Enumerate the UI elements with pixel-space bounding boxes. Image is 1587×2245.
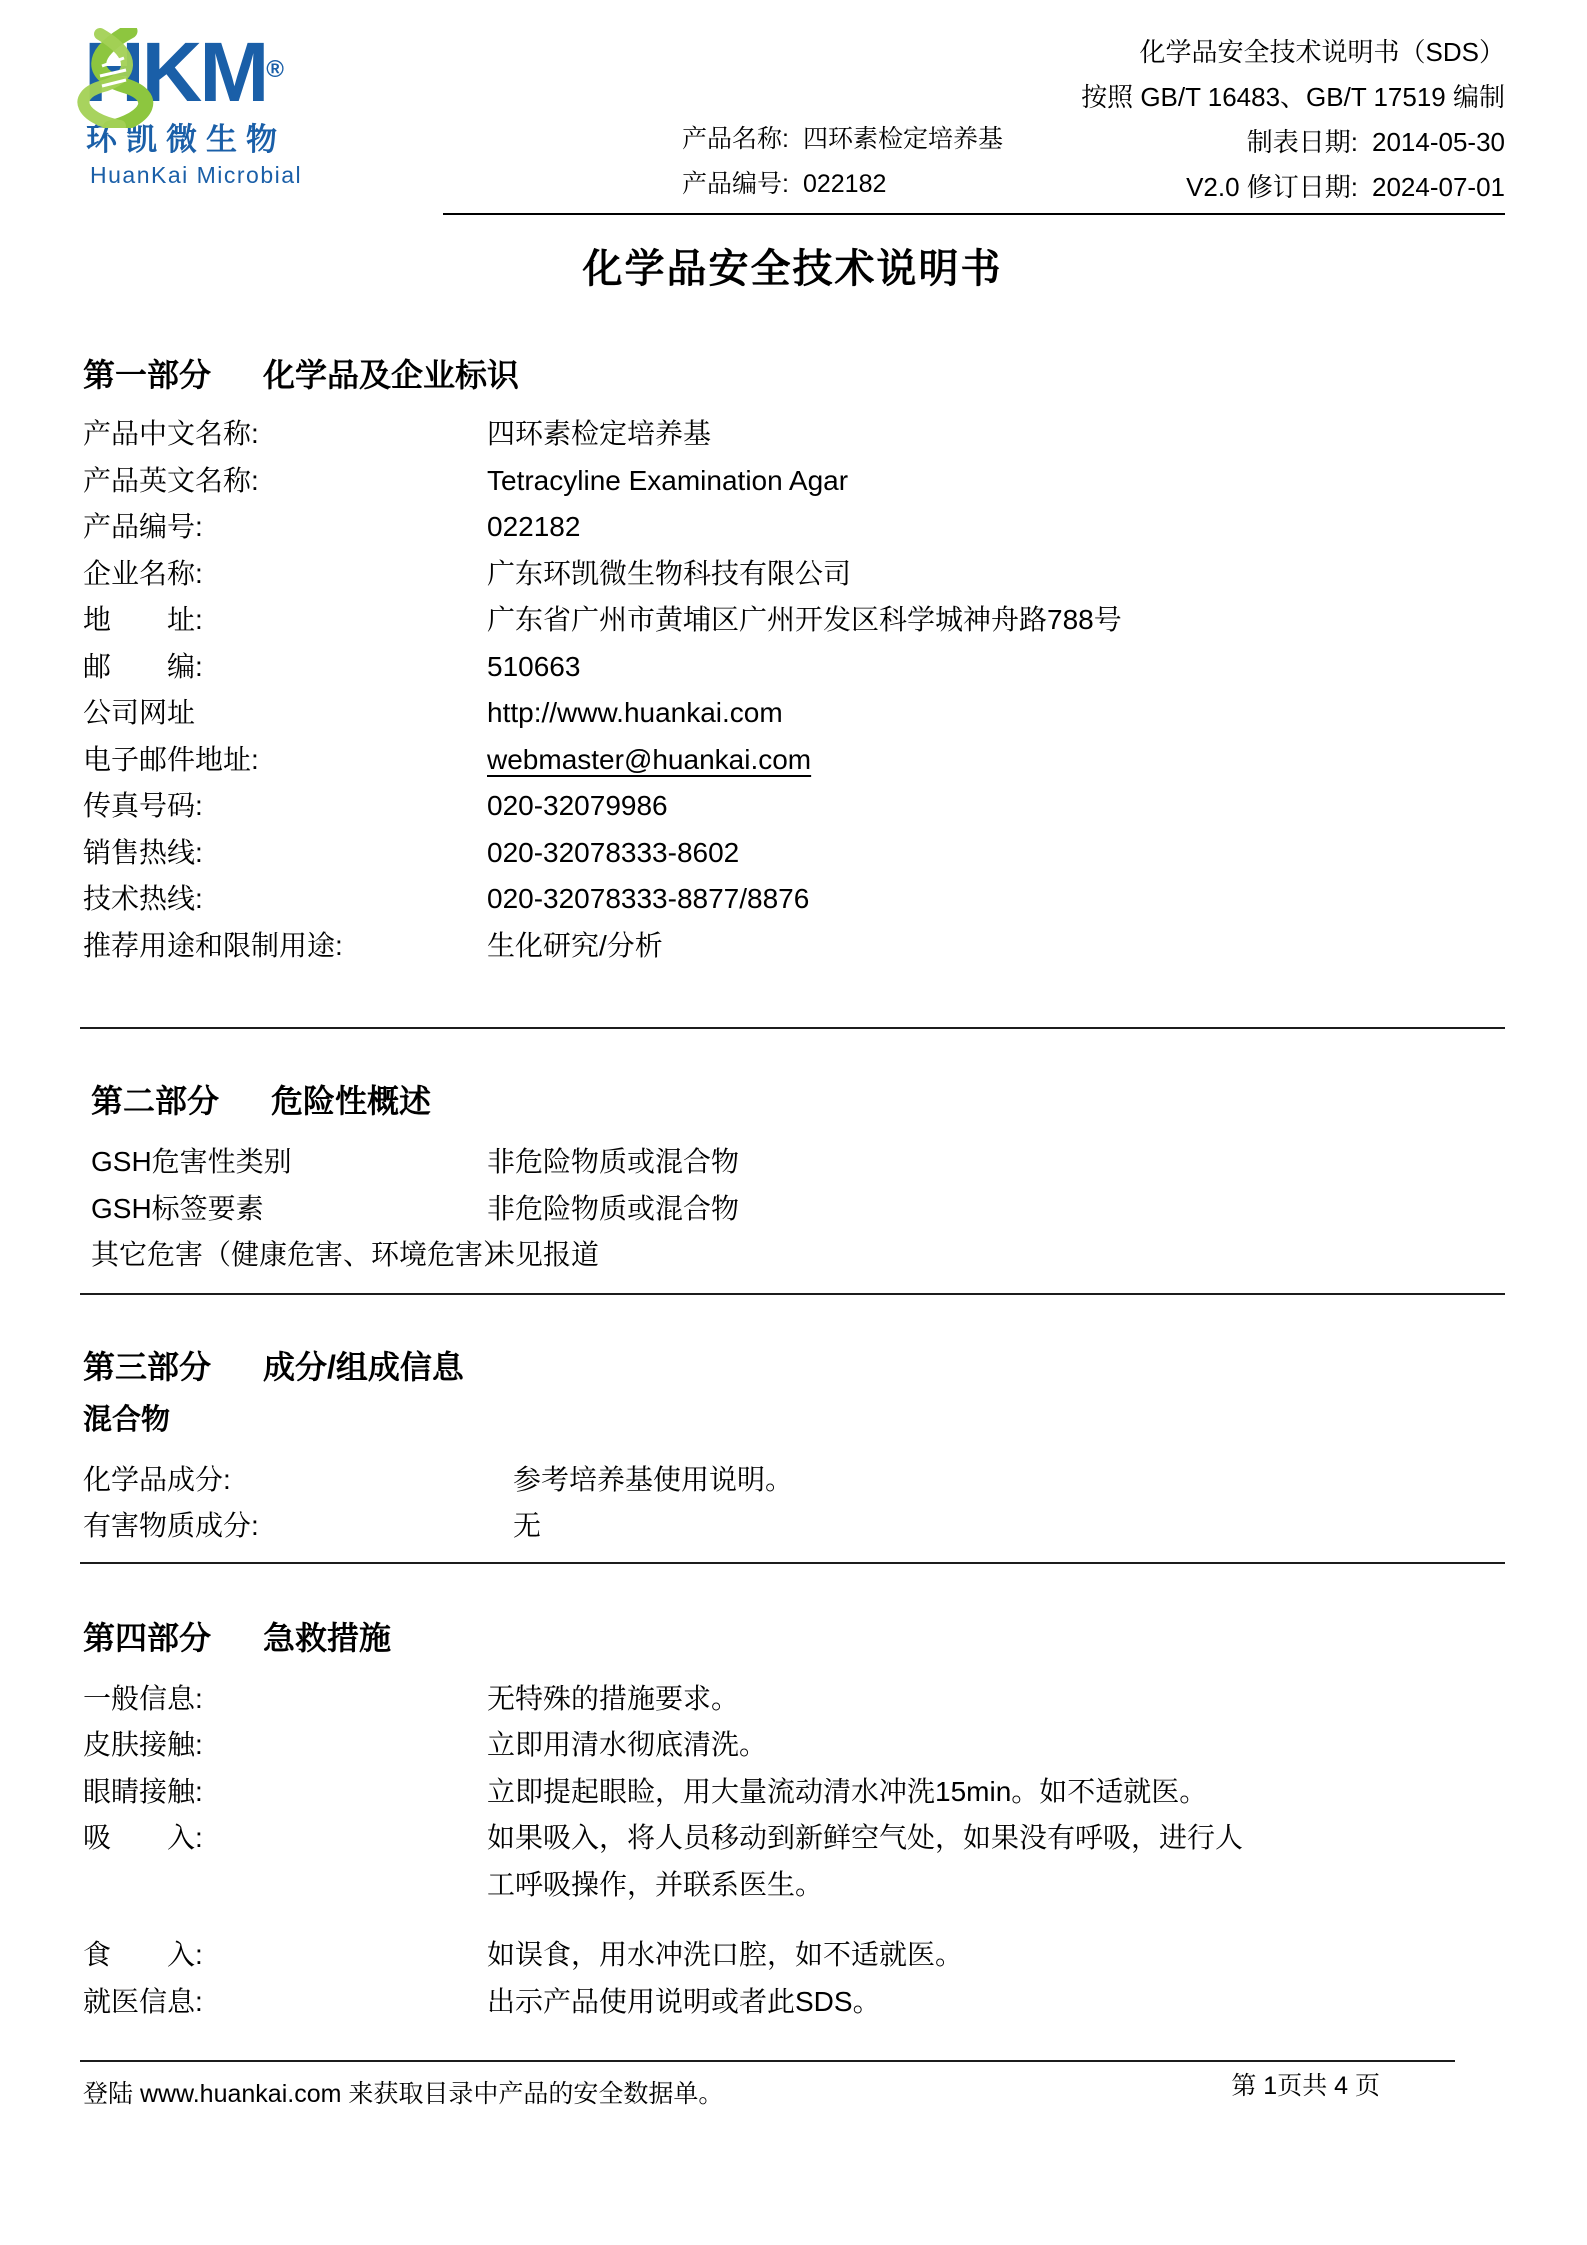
section3-number: 第三部分 xyxy=(83,1349,211,1385)
hkm-logo: HKM® 环凯微生物 HuanKai Microbial xyxy=(80,30,420,189)
section-identification: 第一部分化学品及企业标识 产品中文名称: 四环素检定培养基 产品英文名称: Te… xyxy=(80,353,1505,969)
field-label: 眼睛接触: xyxy=(80,1769,487,1816)
row-product-en-name: 产品英文名称: Tetracyline Examination Agar xyxy=(80,458,1505,505)
section2-rows: GSH危害性类别 非危险物质或混合物 GSH标签要素 非危险物质或混合物 其它危… xyxy=(80,1139,1505,1279)
created-date-line: 制表日期:2014-05-30 xyxy=(1081,120,1505,165)
inhalation-line1: 如果吸入，将人员移动到新鲜空气处，如果没有呼吸，进行人 xyxy=(487,1815,1505,1862)
field-label: GSH危害性类别 xyxy=(80,1139,487,1186)
section1-heading: 第一部分化学品及企业标识 xyxy=(80,353,1505,397)
row-address: 地 址: 广东省广州市黄埔区广州开发区科学城神舟路788号 xyxy=(80,597,1505,644)
field-label: GSH标签要素 xyxy=(80,1186,487,1233)
inhalation-line2: 工呼吸操作，并联系医生。 xyxy=(487,1862,1505,1909)
field-label: 销售热线: xyxy=(80,830,487,877)
section-composition: 第三部分成分/组成信息 混合物 化学品成分: 参考培养基使用说明。 有害物质成分… xyxy=(80,1345,1505,1550)
standard-line: 按照 GB/T 16483、GB/T 17519 编制 xyxy=(1081,75,1505,120)
row-website: 公司网址 http://www.huankai.com xyxy=(80,690,1505,737)
field-value: 立即提起眼睑，用大量流动清水冲洗15min。如不适就医。 xyxy=(487,1769,1505,1816)
field-value: 广东省广州市黄埔区广州开发区科学城神舟路788号 xyxy=(487,597,1505,644)
field-label: 食 入: xyxy=(80,1932,487,1979)
field-value: 020-32078333-8877/8876 xyxy=(487,876,1505,923)
row-ingestion: 食 入: 如误食，用水冲洗口腔，如不适就医。 xyxy=(80,1932,1505,1979)
field-value: 022182 xyxy=(487,504,1505,551)
field-label: 有害物质成分: xyxy=(80,1503,487,1550)
field-value: 如误食，用水冲洗口腔，如不适就医。 xyxy=(487,1932,1505,1979)
field-value: 510663 xyxy=(487,644,1505,691)
section2-number: 第二部分 xyxy=(91,1083,219,1119)
header-divider xyxy=(443,213,1505,215)
row-postal-code: 邮 编: 510663 xyxy=(80,644,1505,691)
field-label: 电子邮件地址: xyxy=(80,737,487,784)
field-value: 未见报道 xyxy=(487,1232,1505,1279)
section1-number: 第一部分 xyxy=(83,357,211,393)
mixture-subheading: 混合物 xyxy=(80,1397,1505,1443)
page-footer: 第 1页共 4 页 登陆 www.huankai.com 来获取目录中产品的安全… xyxy=(80,2060,1505,2110)
sds-document-page: HKM® 环凯微生物 HuanKai Microbial 产品名称:四环素检定培… xyxy=(0,0,1587,2245)
row-product-code: 产品编号: 022182 xyxy=(80,504,1505,551)
row-ghs-label-elements: GSH标签要素 非危险物质或混合物 xyxy=(80,1186,1505,1233)
section-divider xyxy=(80,1293,1505,1295)
field-value: 无特殊的措施要求。 xyxy=(487,1676,1505,1723)
row-email: 电子邮件地址: webmaster@huankai.com xyxy=(80,737,1505,784)
field-label: 技术热线: xyxy=(80,876,487,923)
field-value: 出示产品使用说明或者此SDS。 xyxy=(487,1979,1505,2026)
section1-name: 化学品及企业标识 xyxy=(263,357,519,393)
field-value: 立即用清水彻底清洗。 xyxy=(487,1722,1505,1769)
registered-trademark-icon: ® xyxy=(266,56,284,83)
row-eye-contact: 眼睛接触: 立即提起眼睑，用大量流动清水冲洗15min。如不适就医。 xyxy=(80,1769,1505,1816)
field-label: 企业名称: xyxy=(80,551,487,598)
section4-number: 第四部分 xyxy=(83,1620,211,1656)
field-value: 020-32079986 xyxy=(487,783,1505,830)
row-sales-hotline: 销售热线: 020-32078333-8602 xyxy=(80,830,1505,877)
product-name-label: 产品名称: xyxy=(682,117,789,162)
logo-company-cn: 环凯微生物 xyxy=(80,114,420,159)
row-general-info: 一般信息: 无特殊的措施要求。 xyxy=(80,1676,1505,1723)
row-fax: 传真号码: 020-32079986 xyxy=(80,783,1505,830)
created-date-label: 制表日期: xyxy=(1247,120,1358,165)
field-label: 产品编号: xyxy=(80,504,487,551)
row-ghs-hazard-class: GSH危害性类别 非危险物质或混合物 xyxy=(80,1139,1505,1186)
section3-name: 成分/组成信息 xyxy=(263,1349,464,1385)
section-hazards-overview: 第二部分危险性概述 GSH危害性类别 非危险物质或混合物 GSH标签要素 非危险… xyxy=(80,1079,1505,1279)
product-name-line: 产品名称:四环素检定培养基 xyxy=(682,117,1003,162)
field-value: 生化研究/分析 xyxy=(487,923,1505,970)
field-label: 就医信息: xyxy=(80,1979,487,2026)
row-inhalation: 吸 入: 如果吸入，将人员移动到新鲜空气处，如果没有呼吸，进行人 工呼吸操作，并… xyxy=(80,1815,1505,1908)
field-value: 无 xyxy=(487,1503,1505,1550)
field-label: 一般信息: xyxy=(80,1676,487,1723)
page-title: 化学品安全技术说明书 xyxy=(80,245,1505,293)
product-name-value: 四环素检定培养基 xyxy=(803,125,1003,153)
field-label: 其它危害（健康危害、环境危害） xyxy=(80,1232,487,1279)
row-other-hazards: 其它危害（健康危害、环境危害） 未见报道 xyxy=(80,1232,1505,1279)
product-code-line: 产品编号:022182 xyxy=(682,162,1003,207)
hkm-logo-mark: HKM® xyxy=(80,30,284,114)
row-medical-info: 就医信息: 出示产品使用说明或者此SDS。 xyxy=(80,1979,1505,2026)
footer-divider xyxy=(80,2060,1455,2062)
document-header: HKM® 环凯微生物 HuanKai Microbial 产品名称:四环素检定培… xyxy=(80,30,1505,215)
header-product-info: 产品名称:四环素检定培养基 产品编号:022182 xyxy=(682,117,1003,207)
section-first-aid: 第四部分急救措施 一般信息: 无特殊的措施要求。 皮肤接触: 立即用清水彻底清洗… xyxy=(80,1616,1505,2026)
revised-date-value: 2024-07-01 xyxy=(1372,172,1505,202)
website-url: http://www.huankai.com xyxy=(487,690,1505,737)
row-skin-contact: 皮肤接触: 立即用清水彻底清洗。 xyxy=(80,1722,1505,1769)
field-value: 如果吸入，将人员移动到新鲜空气处，如果没有呼吸，进行人 工呼吸操作，并联系医生。 xyxy=(487,1815,1505,1908)
revised-date-line: V2.0 修订日期:2024-07-01 xyxy=(1081,165,1505,210)
section4-name: 急救措施 xyxy=(263,1620,391,1656)
row-product-cn-name: 产品中文名称: 四环素检定培养基 xyxy=(80,411,1505,458)
field-label: 产品中文名称: xyxy=(80,411,487,458)
field-label: 化学品成分: xyxy=(80,1457,487,1504)
product-code-value: 022182 xyxy=(803,170,886,198)
field-label: 吸 入: xyxy=(80,1815,487,1908)
section-divider xyxy=(80,1562,1505,1564)
logo-company-en: HuanKai Microbial xyxy=(80,162,420,189)
sds-title-line: 化学品安全技术说明书（SDS） xyxy=(1081,30,1505,75)
row-hazardous-components: 有害物质成分: 无 xyxy=(80,1503,1505,1550)
field-label: 推荐用途和限制用途: xyxy=(80,923,487,970)
field-value: 非危险物质或混合物 xyxy=(487,1139,1505,1186)
field-value: 020-32078333-8602 xyxy=(487,830,1505,877)
header-doc-info: 化学品安全技术说明书（SDS） 按照 GB/T 16483、GB/T 17519… xyxy=(1081,30,1505,210)
created-date-value: 2014-05-30 xyxy=(1372,127,1505,157)
field-value: 四环素检定培养基 xyxy=(487,411,1505,458)
email-link[interactable]: webmaster@huankai.com xyxy=(487,744,811,775)
field-label: 产品英文名称: xyxy=(80,458,487,505)
field-label: 地 址: xyxy=(80,597,487,644)
page-number: 第 1页共 4 页 xyxy=(1231,2066,1380,2102)
field-value: 非危险物质或混合物 xyxy=(487,1186,1505,1233)
product-code-label: 产品编号: xyxy=(682,162,789,207)
row-company-name: 企业名称: 广东环凯微生物科技有限公司 xyxy=(80,551,1505,598)
row-chemical-composition: 化学品成分: 参考培养基使用说明。 xyxy=(80,1457,1505,1504)
field-label: 传真号码: xyxy=(80,783,487,830)
section2-name: 危险性概述 xyxy=(271,1083,431,1119)
field-label: 皮肤接触: xyxy=(80,1722,487,1769)
row-tech-hotline: 技术热线: 020-32078333-8877/8876 xyxy=(80,876,1505,923)
section4-heading: 第四部分急救措施 xyxy=(80,1616,1505,1660)
field-label: 公司网址 xyxy=(80,690,487,737)
field-label: 邮 编: xyxy=(80,644,487,691)
field-value: 广东环凯微生物科技有限公司 xyxy=(487,551,1505,598)
section1-rows: 产品中文名称: 四环素检定培养基 产品英文名称: Tetracyline Exa… xyxy=(80,411,1505,969)
section3-rows: 化学品成分: 参考培养基使用说明。 有害物质成分: 无 xyxy=(80,1457,1505,1550)
field-value: 参考培养基使用说明。 xyxy=(487,1457,1505,1504)
section-divider xyxy=(80,1027,1505,1029)
section2-heading: 第二部分危险性概述 xyxy=(80,1079,1505,1123)
section4-rows: 一般信息: 无特殊的措施要求。 皮肤接触: 立即用清水彻底清洗。 眼睛接触: 立… xyxy=(80,1676,1505,2026)
logo-acronym: HKM xyxy=(84,25,266,119)
revised-date-label: V2.0 修订日期: xyxy=(1186,165,1358,210)
section3-heading: 第三部分成分/组成信息 xyxy=(80,1345,1505,1389)
row-recommended-use: 推荐用途和限制用途: 生化研究/分析 xyxy=(80,923,1505,970)
field-value: Tetracyline Examination Agar xyxy=(487,458,1505,505)
